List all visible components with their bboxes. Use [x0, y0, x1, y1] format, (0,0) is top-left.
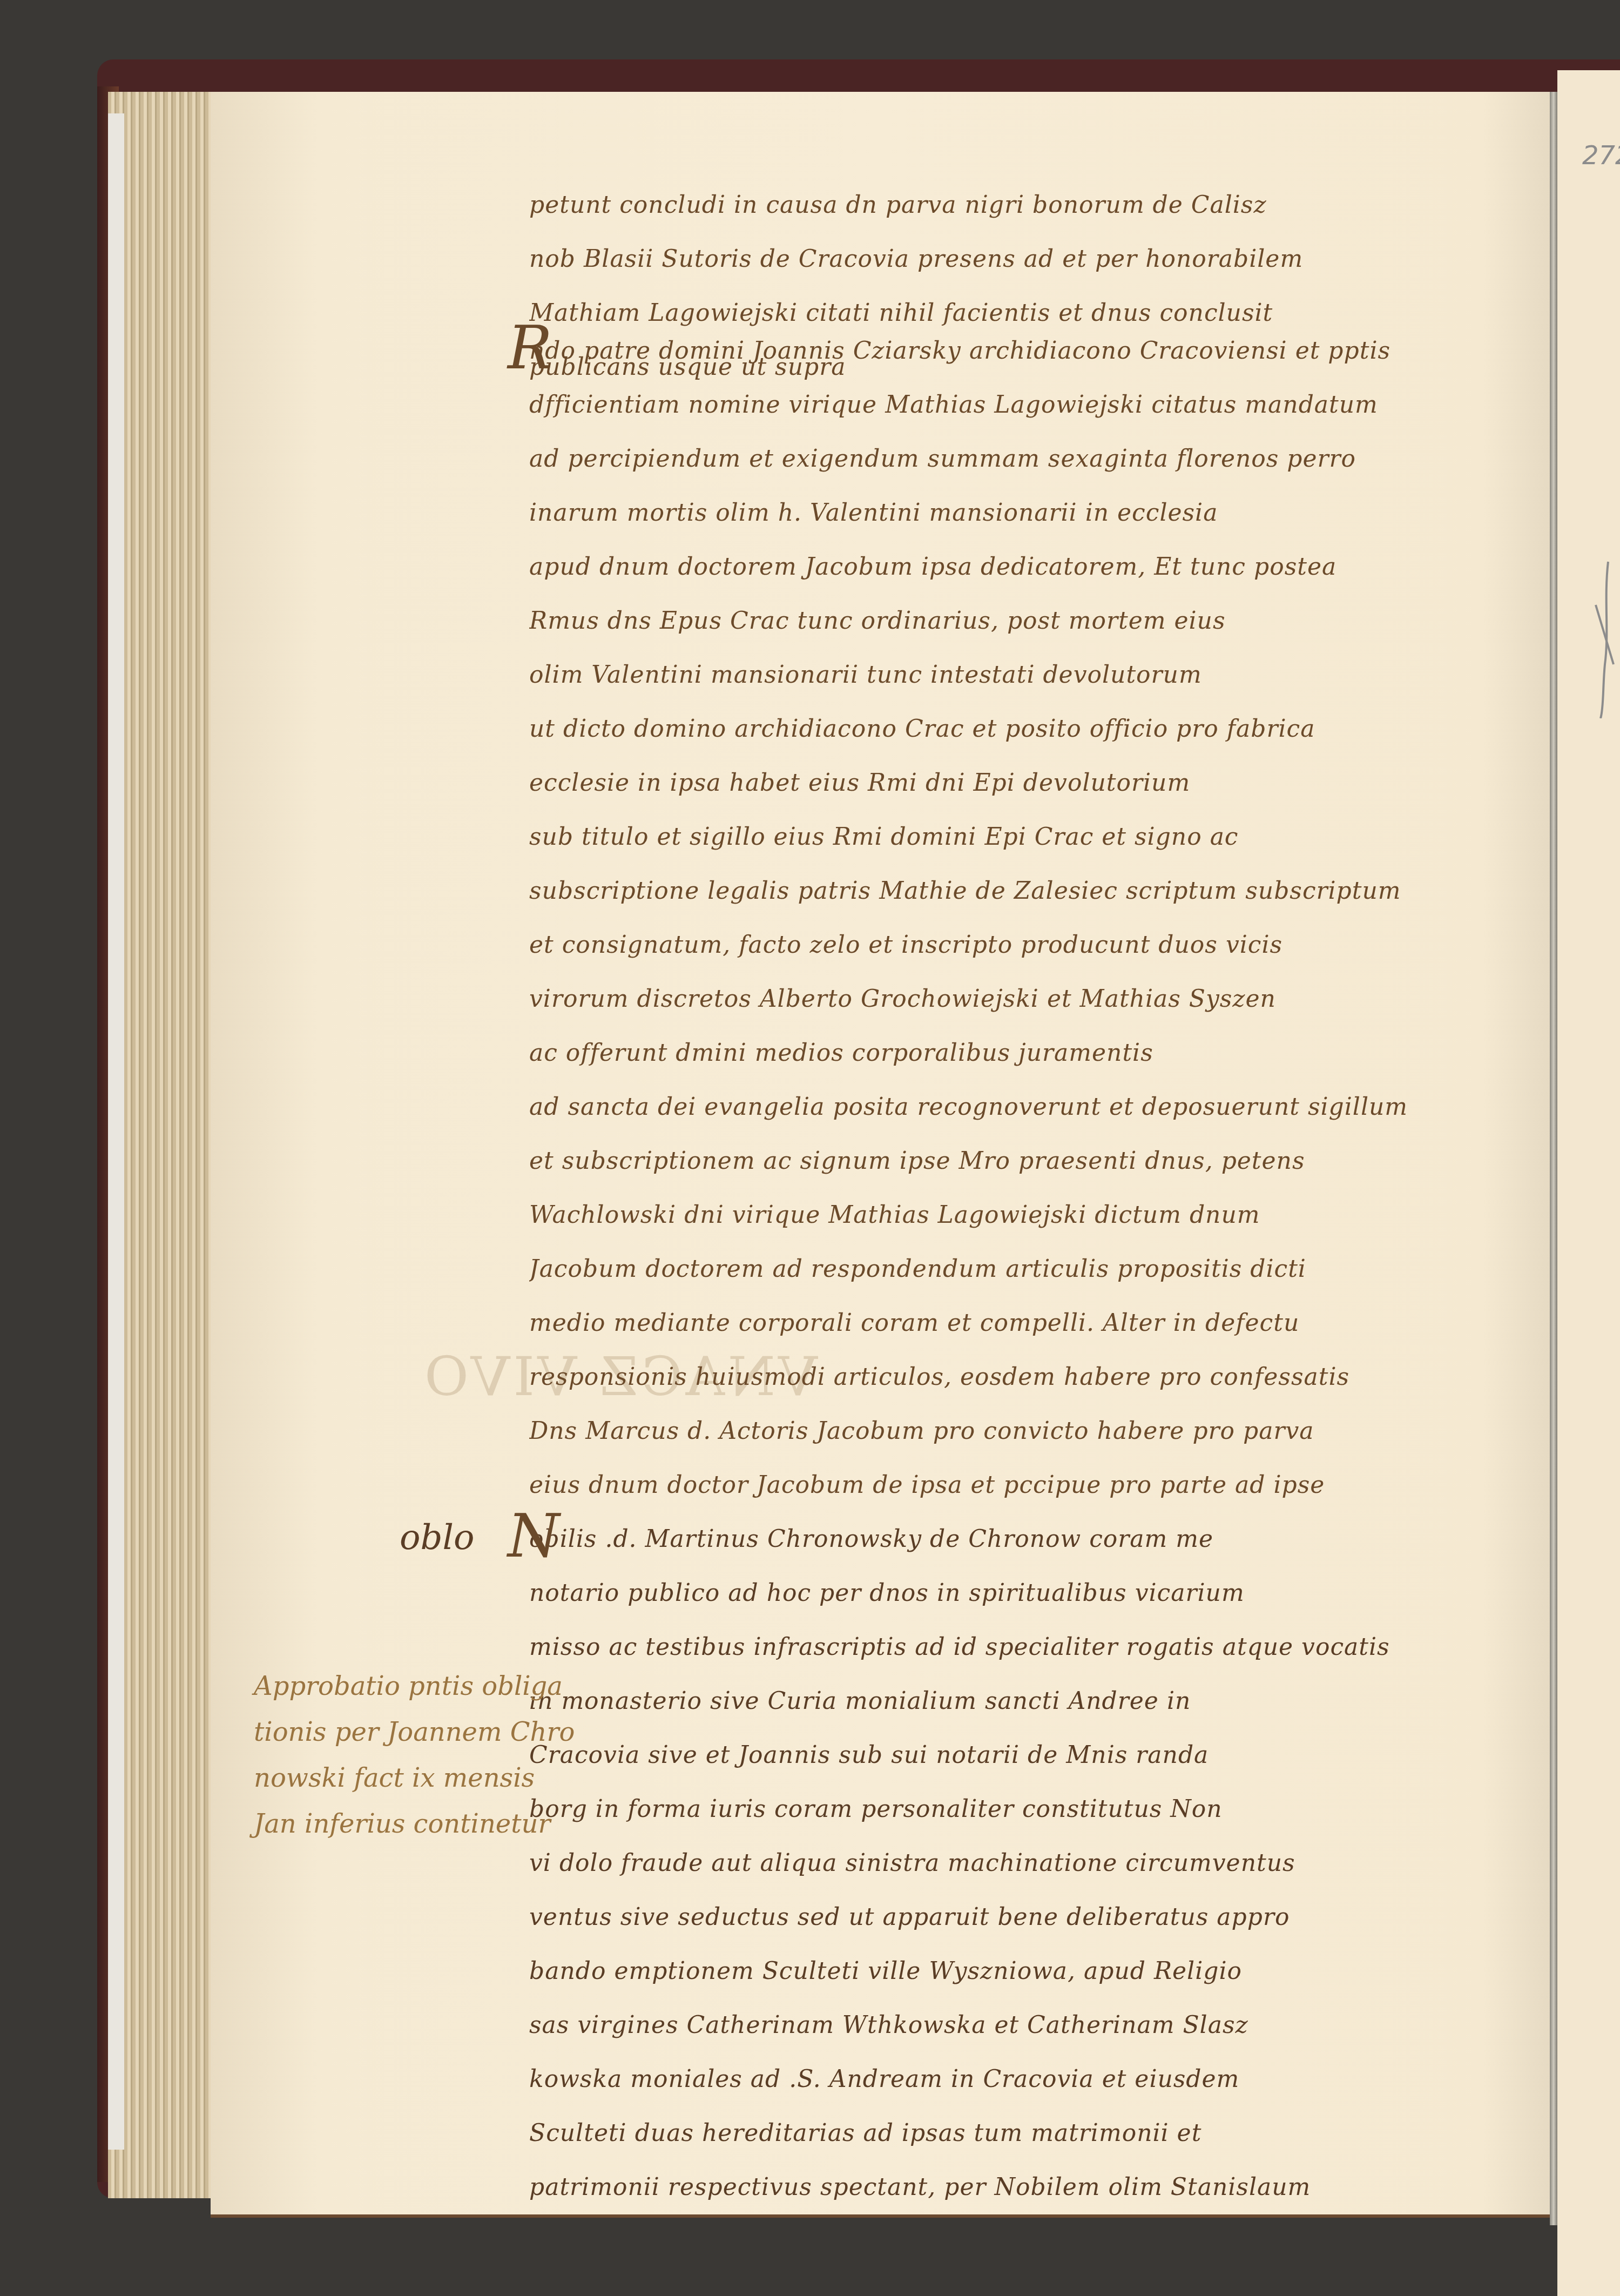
text-line: apud dnum doctorem Jacobum ipsa dedicato… [529, 540, 1501, 594]
text-line: ut dicto domino archidiacono Crac et pos… [529, 702, 1501, 756]
text-line: subscriptione legalis patris Mathie de Z… [529, 864, 1501, 918]
text-line: patrimonii respectivus spectant, per Nob… [529, 2160, 1501, 2214]
text-line: notario publico ad hoc per dnos in spiri… [529, 1566, 1501, 1620]
page-gutter [1550, 92, 1557, 2225]
text-line: borg in forma iuris coram personaliter c… [529, 1782, 1501, 1836]
text-line: in monasterio sive Curia monialium sanct… [529, 1674, 1501, 1728]
text-line: Jacobum doctorem ad respondendum articul… [529, 1242, 1501, 1296]
text-line: sas virgines Catherinam Wthkowska et Cat… [529, 1998, 1501, 2052]
text-line: Wachlowski dni virique Mathias Lagowiejs… [529, 1188, 1501, 1242]
text-line: et consignatum, facto zelo et inscripto … [529, 918, 1501, 972]
text-line: ventus sive seductus sed ut apparuit ben… [529, 1890, 1501, 1944]
margin-note-line: Jan inferius continetur [254, 1801, 535, 1847]
text-line: et subscriptionem ac signum ipse Mro pra… [529, 1134, 1501, 1188]
text-line: kowska moniales ad .S. Andream in Cracov… [529, 2052, 1501, 2106]
text-line: ad sancta dei evangelia posita recognove… [529, 1080, 1501, 1134]
text-line: ndo patre domini Joannis Cziarsky archid… [529, 324, 1501, 378]
text-line: petunt concludi in causa dn parva nigri … [529, 178, 1501, 232]
text-line: inarum mortis olim h. Valentini mansiona… [529, 486, 1501, 540]
facing-page [1557, 70, 1620, 2296]
text-line: olim Valentini mansionarii tunc intestat… [529, 648, 1501, 702]
initial-letter: N [508, 1502, 559, 1571]
text-line: ad percipiendum et exigendum summam sexa… [529, 432, 1501, 486]
text-line: medio mediante corporali coram et compel… [529, 1296, 1501, 1350]
paragraph-3: N obilis .d. Martinus Chronowsky de Chro… [529, 1512, 1501, 2214]
initial-letter: R [508, 313, 552, 382]
margin-note-line: tionis per Joannem Chro [254, 1709, 535, 1755]
text-line: Sculteti duas hereditarias ad ipsas tum … [529, 2106, 1501, 2160]
text-line: misso ac testibus infrascriptis ad id sp… [529, 1620, 1501, 1674]
text-line: Rmus dns Epus Crac tunc ordinarius, post… [529, 594, 1501, 648]
margin-label-oblo: oblo [400, 1518, 475, 1558]
text-line: ecclesie in ipsa habet eius Rmi dni Epi … [529, 756, 1501, 810]
text-line: vi dolo fraude aut aliqua sinistra machi… [529, 1836, 1501, 1890]
pencil-cross-mark-icon [1593, 556, 1615, 718]
text-line: Dns Marcus d. Actoris Jacobum pro convic… [529, 1404, 1501, 1458]
paragraph-2: R ndo patre domini Joannis Cziarsky arch… [529, 324, 1501, 1512]
margin-note-line: nowski fact ix mensis [254, 1755, 535, 1801]
text-line: dfficientiam nomine virique Mathias Lago… [529, 378, 1501, 432]
text-line: sub titulo et sigillo eius Rmi domini Ep… [529, 810, 1501, 864]
folio-number: 272 [1582, 140, 1620, 171]
text-line: Cracovia sive et Joannis sub sui notarii… [529, 1728, 1501, 1782]
margin-note: Approbatio pntis obliga tionis per Joann… [254, 1664, 535, 1847]
text-line: virorum discretos Alberto Grochowiejski … [529, 972, 1501, 1026]
page-edges-highlight [108, 113, 124, 2150]
text-line: eius dnum doctor Jacobum de ipsa et pcci… [529, 1458, 1501, 1512]
margin-note-line: Approbatio pntis obliga [254, 1664, 535, 1709]
text-line: nob Blasii Sutoris de Cracovia presens a… [529, 232, 1501, 286]
text-line: responsionis huiusmodi articulos, eosdem… [529, 1350, 1501, 1404]
text-line: bando emptionem Sculteti ville Wyszniowa… [529, 1944, 1501, 1998]
text-line: obilis .d. Martinus Chronowsky de Chrono… [529, 1512, 1501, 1566]
text-line: ac offerunt dmini medios corporalibus ju… [529, 1026, 1501, 1080]
